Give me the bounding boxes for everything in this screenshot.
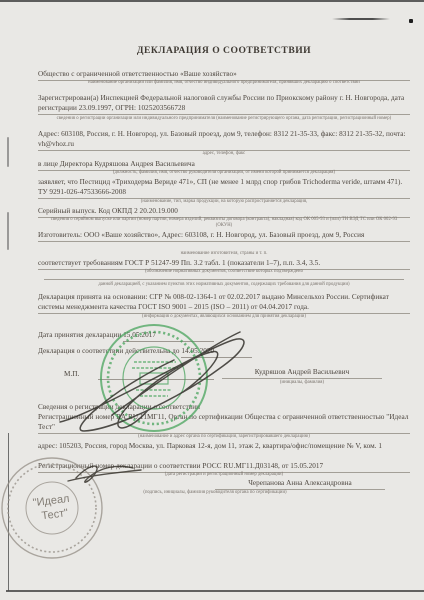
registration-info: Зарегистрирован(а) Инспекцией Федерально… — [38, 93, 410, 115]
declarant-caption: наименование организации или фамилия, им… — [38, 80, 410, 86]
scan-artifact-top-edge — [0, 0, 424, 2]
conformity-caption-1: (обозначение нормативных документов, соо… — [38, 269, 410, 275]
scan-artifact-left-mark-1 — [7, 137, 9, 167]
scan-artifact-bottom-edge — [6, 590, 424, 592]
basis-line: Декларация принята на основании: СГР № 0… — [38, 292, 410, 314]
product-declaration: заявляет, что Пестицид «Триходерма Верид… — [38, 177, 410, 199]
address-caption: адрес, телефон, факс — [38, 151, 410, 157]
registration-caption: сведения о регистрации организации или и… — [48, 116, 400, 122]
cert-stamp-text-line2: Тест" — [41, 507, 69, 522]
company-seal-stamp — [52, 318, 264, 443]
declarant-address: Адрес: 603108, Россия, г. Н. Новгород, у… — [38, 129, 410, 151]
scanned-declaration-page: ДЕКЛАРАЦИЯ О СООТВЕТСТВИИ Общество с огр… — [0, 0, 424, 600]
conformity-caption-2: данной декларацией, с указанием пунктов … — [44, 279, 404, 288]
representative-caption: (должность, фамилия, имя, отчество руков… — [38, 170, 410, 176]
scan-artifact-dash — [332, 18, 390, 20]
registrar-name: Черепанова Анна Александровна — [215, 478, 385, 490]
scan-artifact-dot — [409, 19, 413, 23]
manufacturer-line: Изготовитель: ООО «Ваше хозяйство», Адре… — [38, 230, 410, 242]
serial-caption: сведения о серийном выпуске или партии (… — [48, 217, 400, 229]
product-caption: (наименование, тип, марка продукции, на … — [38, 199, 410, 205]
certification-body-stamp: "Идеал Тест" — [0, 452, 162, 564]
scan-artifact-left-mark-2 — [7, 212, 9, 250]
manufacturer-caption: наименование изготовителя, страны и т. п… — [38, 251, 410, 257]
doc-title: ДЕКЛАРАЦИЯ О СООТВЕТСТВИИ — [38, 45, 410, 56]
registrar-signature — [68, 466, 141, 482]
